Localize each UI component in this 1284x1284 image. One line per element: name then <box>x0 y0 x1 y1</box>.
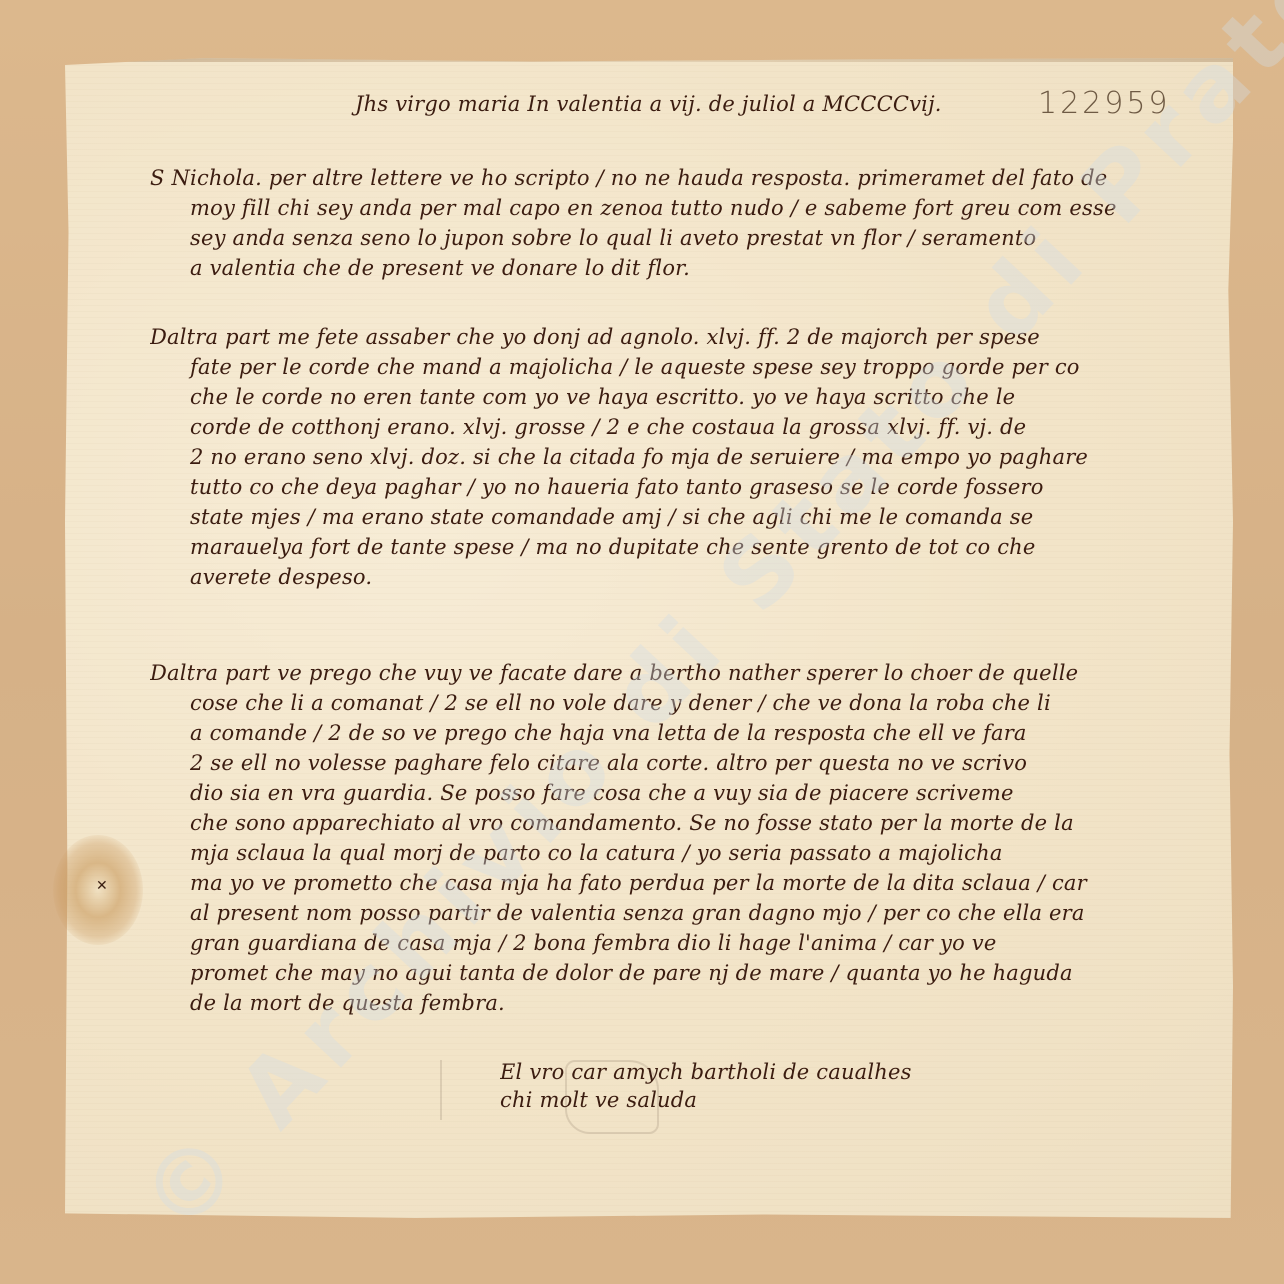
text-line: marauelya fort de tante spese / ma no du… <box>150 532 1160 562</box>
archive-number: 122959 <box>1038 86 1171 121</box>
paragraph-2: Daltra part me fete assaber che yo donj … <box>150 322 1160 592</box>
text-line: state mjes / ma erano state comandade am… <box>150 502 1160 532</box>
watermark-anchor: © Archivio di Stato di Prato <box>120 1180 121 1181</box>
text-line: cose che li a comanat / 2 se ell no vole… <box>150 688 1160 718</box>
text-line: S Nichola. per altre lettere ve ho scrip… <box>150 163 1160 193</box>
text-line: dio sia en vra guardia. Se posso fare co… <box>150 778 1160 808</box>
text-line: moy fill chi sey anda per mal capo en ze… <box>150 193 1160 223</box>
text-line: de la mort de questa fembra. <box>150 988 1160 1018</box>
signature-line: chi molt ve saluda <box>500 1086 912 1114</box>
text-line: ma yo ve prometto che casa mja ha fato p… <box>150 868 1160 898</box>
text-line: al present nom posso partir de valentia … <box>150 898 1160 928</box>
text-line: che sono apparechiato al vro comandament… <box>150 808 1160 838</box>
paragraph-1: S Nichola. per altre lettere ve ho scrip… <box>150 163 1160 283</box>
text-line: a comande / 2 de so ve prego che haja vn… <box>150 718 1160 748</box>
text-line: mja sclaua la qual morj de parto co la c… <box>150 838 1160 868</box>
text-line: Daltra part me fete assaber che yo donj … <box>150 322 1160 352</box>
paragraph-3: Daltra part ve prego che vuy ve facate d… <box>150 658 1160 1018</box>
letter-header-invocation: Jhs virgo maria In valentia a vij. de ju… <box>355 92 942 116</box>
text-line: promet che may no agui tanta de dolor de… <box>150 958 1160 988</box>
text-line: fate per le corde che mand a majolicha /… <box>150 352 1160 382</box>
text-line: gran guardiana de casa mja / 2 bona femb… <box>150 928 1160 958</box>
text-line: che le corde no eren tante com yo ve hay… <box>150 382 1160 412</box>
text-line: Daltra part ve prego che vuy ve facate d… <box>150 658 1160 688</box>
text-line: tutto co che deya paghar / yo no haueria… <box>150 472 1160 502</box>
margin-cross-mark-icon: ✕ <box>96 878 108 894</box>
text-line: a valentia che de present ve donare lo d… <box>150 253 1160 283</box>
text-line: 2 no erano seno xlvj. doz. si che la cit… <box>150 442 1160 472</box>
signature-line: El vro car amych bartholi de caualhes <box>500 1058 912 1086</box>
text-line: sey anda senza seno lo jupon sobre lo qu… <box>150 223 1160 253</box>
faint-bleedthrough-line <box>440 1060 442 1120</box>
text-line: averete despeso. <box>150 562 1160 592</box>
text-line: 2 se ell no volesse paghare felo citare … <box>150 748 1160 778</box>
text-line: corde de cotthonj erano. xlvj. grosse / … <box>150 412 1160 442</box>
signature-block: El vro car amych bartholi de caualhes ch… <box>500 1058 912 1114</box>
